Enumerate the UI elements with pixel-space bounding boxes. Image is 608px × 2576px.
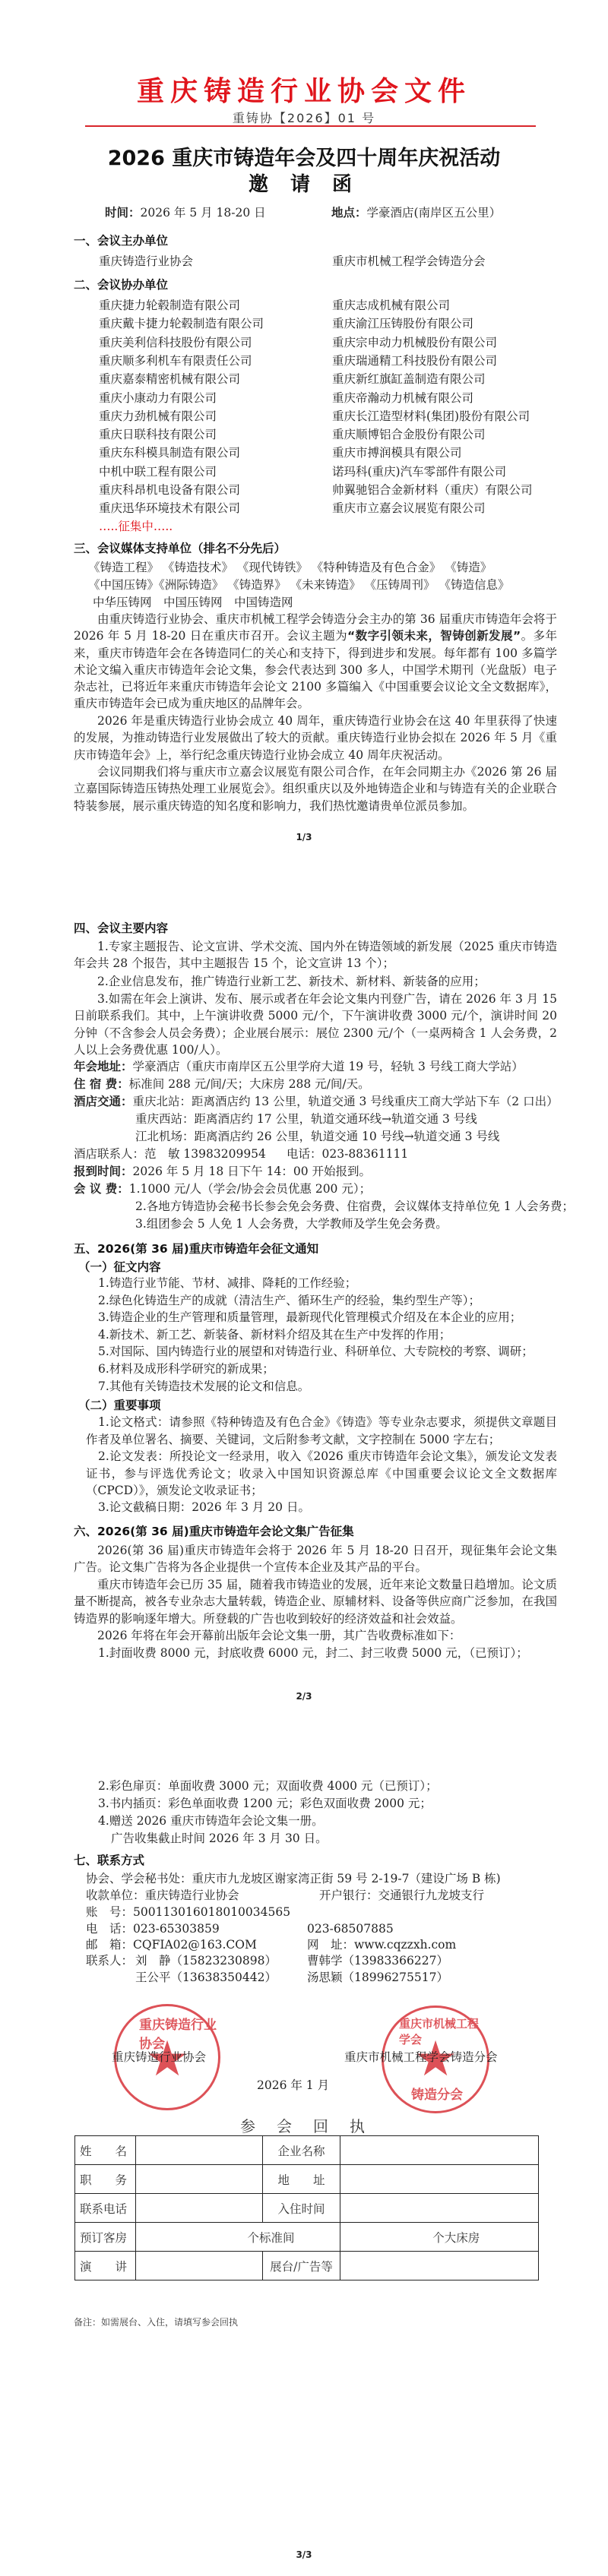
coorganizer-item: 重庆美利信科技股份有限公司 xyxy=(99,335,252,350)
table-row: 姓 名 企业名称 xyxy=(75,2136,539,2165)
signature-org-1: 重庆铸造行业协会 xyxy=(112,2050,206,2065)
paper-topic-item: 5.对国际、国内铸造行业的展望和对铸造行业、科研单位、大专院校的考察、调研； xyxy=(98,1344,534,1359)
time-value: 2026 年 5 月 18-20 日 xyxy=(141,206,266,220)
venue-value: 学豪酒店（重庆市南岸区五公里学府大道 19 号，轻轨 3 号线工商大学站） xyxy=(133,1060,524,1073)
anniversary-paragraph: 2026 年是重庆铸造行业协会成立 40 周年，重庆铸造行业协会在这 40 年里… xyxy=(74,713,557,763)
coorganizer-item: 诺玛科(重庆)汽车零部件有限公司 xyxy=(332,464,506,479)
ads-deadline: 广告收集截止时间 2026 年 3 月 30 日。 xyxy=(111,1831,328,1846)
lodging-row: 住 宿 费：标准间 288 元/间/天；大床房 288 元/间/天。 xyxy=(74,1076,370,1092)
ads-paragraph: 2026(第 36 届)重庆市铸造年会将于 2026 年 5 月 18-20 日… xyxy=(74,1542,557,1576)
field-label: 演 讲 xyxy=(75,2252,136,2280)
phone-1: 电 话：023-65303859 xyxy=(86,1921,220,1936)
ads-paragraph: 重庆市铸造年会已历 35 届，随着我市铸造业的发展，近年来论文数量日趋增加。论文… xyxy=(74,1576,557,1627)
fee-label: 会 议 费： xyxy=(74,1182,129,1196)
event-time: 时间：2026 年 5 月 18-20 日 xyxy=(105,205,266,220)
fee-item: 1.1000 元/人（学会/协会会员优惠 200 元）； xyxy=(129,1182,371,1196)
exhibition-paragraph: 会议同期我们将与重庆市立嘉会议展览有限公司合作，在年会同期主办《2026 第 2… xyxy=(74,763,557,814)
page-title: 2026 重庆市铸造年会及四十周年庆祝活动 xyxy=(0,141,608,171)
paper-note: 2.论文发表：所投论文一经录用，收入《2026 重庆市铸造年会论文集》，颁发论文… xyxy=(86,1448,557,1500)
section-content-heading: 四、会议主要内容 xyxy=(74,919,168,936)
content-item: 2.企业信息发布，推广铸造行业新工艺、新技术、新材料、新装备的应用； xyxy=(74,973,557,990)
lodging-value: 标准间 288 元/间/天；大床房 288 元/间/天。 xyxy=(129,1077,370,1091)
seal-text: 铸造分会 xyxy=(411,2084,463,2103)
company-field[interactable] xyxy=(340,2136,539,2165)
coorganizer-item: 重庆小康动力有限公司 xyxy=(99,390,217,406)
field-label: 入住时间 xyxy=(262,2194,340,2223)
coorganizer-item: 重庆瑞通精工科技股份有限公司 xyxy=(332,353,497,368)
hotel-contact: 酒店联系人：范 敏 13983209954 xyxy=(74,1146,266,1162)
signature-org-2: 重庆市机械工程学会铸造分会 xyxy=(344,2050,498,2065)
section-hosts-heading: 一、会议主办单位 xyxy=(74,232,168,248)
transport-item: 重庆西站：距离酒店约 17 公里，轨道交通环线→轨道交通 3 号线 xyxy=(135,1111,477,1127)
coorganizer-item: 中机中联工程有限公司 xyxy=(99,464,217,479)
coorganizer-item: 重庆捷力轮毂制造有限公司 xyxy=(99,298,240,313)
coorganizer-item: 重庆日联科技有限公司 xyxy=(99,427,217,442)
standard-room-count-field[interactable]: 个标准间 xyxy=(135,2223,340,2252)
venue-row: 年会地址：学豪酒店（重庆市南岸区五公里学府大道 19 号，轻轨 3 号线工商大学… xyxy=(74,1059,524,1074)
field-label: 联系电话 xyxy=(75,2194,136,2223)
coorganizer-item: 重庆戴卡捷力轮毂制造有限公司 xyxy=(99,316,264,331)
field-label: 姓 名 xyxy=(75,2136,136,2165)
coorganizer-item: 重庆科昂机电设备有限公司 xyxy=(99,482,240,498)
page-subtitle: 邀 请 函 xyxy=(0,169,608,197)
org-document-title: 重庆铸造行业协会文件 xyxy=(0,70,608,109)
seal-text: 重庆铸造行业协会 xyxy=(139,2014,218,2052)
section-media-heading: 三、会议媒体支持单位（排名不分先后） xyxy=(74,539,286,556)
event-location: 地点：学豪酒店(南岸区五公里） xyxy=(331,205,501,220)
seal-text: 重庆市机械工程学会 xyxy=(399,2015,487,2047)
contact-person: 汤思颖（18996275517） xyxy=(307,1970,448,1985)
table-row: 预订客房 个标准间 个大床房 xyxy=(75,2223,539,2252)
page-number: 3/3 xyxy=(0,2549,608,2560)
office-address: 协会、学会秘书处：重庆市九龙坡区谢家湾正街 59 号 2-19-7（建设广场 B… xyxy=(86,1871,501,1886)
ad-price-item: 3.书内插页：彩色单面收费 1200 元；彩色双面收费 2000 元； xyxy=(98,1796,432,1811)
coorganizer-item: 重庆渝江压铸股份有限公司 xyxy=(332,316,473,331)
contact-person: 曹韩学（13983366227） xyxy=(307,1953,448,1968)
table-row: 联系电话 入住时间 xyxy=(75,2194,539,2223)
king-room-count-field[interactable]: 个大床房 xyxy=(340,2223,539,2252)
coorganizer-item: 重庆顺多利机车有限责任公司 xyxy=(99,353,252,368)
hotel-phone: 电话：023-88361111 xyxy=(287,1146,408,1162)
coorganizer-item: 重庆市立嘉会议展览有限公司 xyxy=(332,501,486,516)
transport-row: 酒店交通：重庆北站：距离酒店约 13 公里，轨道交通 3 号线重庆工商大学站下车… xyxy=(74,1094,559,1109)
coorganizer-item: 重庆顺博铝合金股份有限公司 xyxy=(332,427,486,442)
page-number: 2/3 xyxy=(0,1691,608,1702)
booth-ad-field[interactable] xyxy=(340,2252,539,2280)
email-link[interactable]: 邮 箱：CQFIA02@163.COM xyxy=(86,1937,257,1952)
host-item: 重庆铸造行业协会 xyxy=(99,254,193,269)
payee: 收款单位：重庆铸造行业协会 xyxy=(86,1888,239,1903)
address-field[interactable] xyxy=(340,2165,539,2194)
paper-topic-item: 7.其他有关铸造技术发展的论文和信息。 xyxy=(98,1379,309,1394)
ad-price-item: 4.赠送 2026 重庆市铸造年会论文集一册。 xyxy=(98,1813,324,1828)
coorganizer-item: 帅翼驰铝合金新材料（重庆）有限公司 xyxy=(332,482,533,498)
receipt-title: 参 会 回 执 xyxy=(0,2114,608,2136)
conference-theme: “数字引领未来，智铸创新发展” xyxy=(347,629,521,643)
website-link[interactable]: 网 址：www.cqzzxh.com xyxy=(307,1937,456,1952)
contact-person: 刘 静（15823230898） xyxy=(135,1953,277,1968)
coorganizer-item: 重庆力劲机械有限公司 xyxy=(99,409,217,424)
coorganizer-item: 重庆新红旗缸盖制造有限公司 xyxy=(332,371,486,387)
section-coorganizers-heading: 二、会议协办单位 xyxy=(74,276,168,292)
registration-receipt-table: 姓 名 企业名称 职 务 地 址 联系电话 入住时间 预订客房 个标准间 个大床… xyxy=(74,2135,539,2280)
paper-note: 3.论文截稿日期：2026 年 3 月 20 日。 xyxy=(98,1500,310,1515)
content-item: 1.专家主题报告、论文宣讲、学术交流、国内外在铸造领域的新发展（2025 重庆市… xyxy=(74,938,557,972)
contact-person: 王公平（13638350442） xyxy=(135,1970,277,1985)
signature-date: 2026 年 1 月 xyxy=(257,2078,329,2093)
fee-item: 2.各地方铸造协会秘书长参会免会务费、住宿费，会议媒体支持单位免 1 人会务费； xyxy=(135,1199,574,1214)
transport-label: 酒店交通： xyxy=(74,1095,133,1108)
field-label: 展台/广告等 xyxy=(262,2252,340,2280)
field-label: 企业名称 xyxy=(262,2136,340,2165)
coorganizer-item: 重庆志成机械有限公司 xyxy=(332,298,450,313)
table-row: 演 讲 展台/广告等 xyxy=(75,2252,539,2280)
section-papers-heading: 五、2026(第 36 届)重庆市铸造年会征文通知 xyxy=(74,1240,318,1256)
coorganizer-item: 重庆帝瀚动力机械有限公司 xyxy=(332,390,473,406)
section-contact-heading: 七、联系方式 xyxy=(74,1851,144,1868)
coorganizer-item: 重庆嘉泰精密机械有限公司 xyxy=(99,371,240,387)
speech-field[interactable] xyxy=(135,2252,262,2280)
coorganizer-item: 重庆迅华环境技术有限公司 xyxy=(99,501,240,516)
ad-price-item: 1.封面收费 8000 元，封底收费 6000 元，封二、封三收费 5000 元… xyxy=(98,1645,528,1661)
time-label: 时间： xyxy=(105,206,141,220)
paper-topic-item: 6.材料及成形科学研究的新成果； xyxy=(98,1361,274,1377)
fee-item: 3.组团参会 5 人免 1 人会务费，大学教师及学生免会务费。 xyxy=(135,1216,448,1231)
lodging-label: 住 宿 费： xyxy=(74,1077,129,1091)
venue-label: 年会地址： xyxy=(74,1060,133,1073)
position-field[interactable] xyxy=(135,2165,262,2194)
phone-field[interactable] xyxy=(135,2194,262,2223)
table-row: 职 务 地 址 xyxy=(75,2165,539,2194)
coorganizer-item: 重庆市搏润模具有限公司 xyxy=(332,445,462,460)
bank: 开户银行：交通银行九龙坡支行 xyxy=(319,1888,484,1903)
document-number: 重铸协【2026】01 号 xyxy=(0,109,608,126)
transport-item: 重庆北站：距离酒店约 13 公里，轨道交通 3 号线重庆工商大学站下车（2 口出… xyxy=(133,1095,559,1108)
paper-topic-item: 1.铸造行业节能、节材、减排、降耗的工作经验； xyxy=(98,1275,356,1291)
media-line: 中华压铸网 中国压铸网 中国铸造网 xyxy=(93,595,293,610)
page-number: 1/3 xyxy=(0,832,608,842)
ad-price-item: 2.彩色扉页：单面收费 3000 元；双面收费 4000 元（已预订）； xyxy=(98,1778,438,1794)
fee-row: 会 议 费：1.1000 元/人（学会/协会会员优惠 200 元）； xyxy=(74,1181,371,1196)
papers-content-subheading: （一）征文内容 xyxy=(78,1258,161,1275)
content-item: 3.如需在年会上演讲、发布、展示或者在年会论文集内刊登广告，请在 2026 年 … xyxy=(74,991,557,1058)
media-line: 《中国压铸》《洲际铸造》 《铸造界》 《未来铸造》 《压铸周刊》 《铸造信息》 xyxy=(88,577,509,593)
paper-topic-item: 3.铸造企业的生产管理和质量管理，最新现代化管理模式介绍及在本企业的应用； xyxy=(98,1310,521,1325)
field-label: 预订客房 xyxy=(75,2223,136,2252)
intro-paragraph: 由重庆铸造行业协会、重庆市机械工程学会铸造分会主办的第 36 届重庆市铸造年会将… xyxy=(74,611,557,713)
media-line: 《铸造工程》 《铸造技术》 《现代铸铁》 《特种铸造及有色合金》 《铸造》 xyxy=(88,560,492,575)
checkin-time-field[interactable] xyxy=(340,2194,539,2223)
checkin-row: 报到时间：2026 年 5 月 18 日下午 14：00 开始报到。 xyxy=(74,1164,371,1179)
collecting-note: …..征集中….. xyxy=(99,519,173,534)
contacts-label: 联系人： xyxy=(86,1953,133,1968)
coorganizer-item: 重庆东科模具制造有限公司 xyxy=(99,445,240,460)
header-divider xyxy=(85,125,536,127)
host-item: 重庆市机械工程学会铸造分会 xyxy=(332,254,486,269)
checkin-label: 报到时间： xyxy=(74,1165,133,1178)
receipt-note: 备注：如需展台、入住，请填写参会回执 xyxy=(74,2315,238,2328)
checkin-value: 2026 年 5 月 18 日下午 14：00 开始报到。 xyxy=(133,1165,371,1178)
location-label: 地点： xyxy=(331,206,367,220)
phone-2: 023-68507885 xyxy=(307,1921,394,1936)
coorganizer-item: 重庆长江造型材料(集团)股份有限公司 xyxy=(332,409,530,424)
coorganizer-item: 重庆宗申动力机械股份有限公司 xyxy=(332,335,497,350)
paper-topic-item: 4.新技术、新工艺、新装备、新材料介绍及其在生产中发挥的作用； xyxy=(98,1327,451,1342)
ads-paragraph: 2026 年将在年会开幕前出版年会论文集一册，其广告收费标准如下： xyxy=(97,1628,461,1643)
paper-topic-item: 2.绿色化铸造生产的成就（清洁生产、循环生产的经验，集约型生产等）； xyxy=(98,1293,480,1308)
name-field[interactable] xyxy=(135,2136,262,2165)
paper-note: 1.论文格式：请参照《特种铸造及有色合金》《铸造》等专业杂志要求，须提供文章题目… xyxy=(86,1414,557,1448)
papers-notes-subheading: （二）重要事项 xyxy=(78,1396,161,1413)
field-label: 职 务 xyxy=(75,2165,136,2194)
field-label: 地 址 xyxy=(262,2165,340,2194)
transport-item: 江北机场：距离酒店约 26 公里，轨道交通 10 号线→轨道交通 3 号线 xyxy=(135,1129,499,1144)
location-value: 学豪酒店(南岸区五公里） xyxy=(367,206,502,220)
account-number: 账 号：50011301601801003456​5 xyxy=(86,1904,290,1920)
section-ads-heading: 六、2026(第 36 届)重庆市铸造年会论文集广告征集 xyxy=(74,1522,354,1539)
